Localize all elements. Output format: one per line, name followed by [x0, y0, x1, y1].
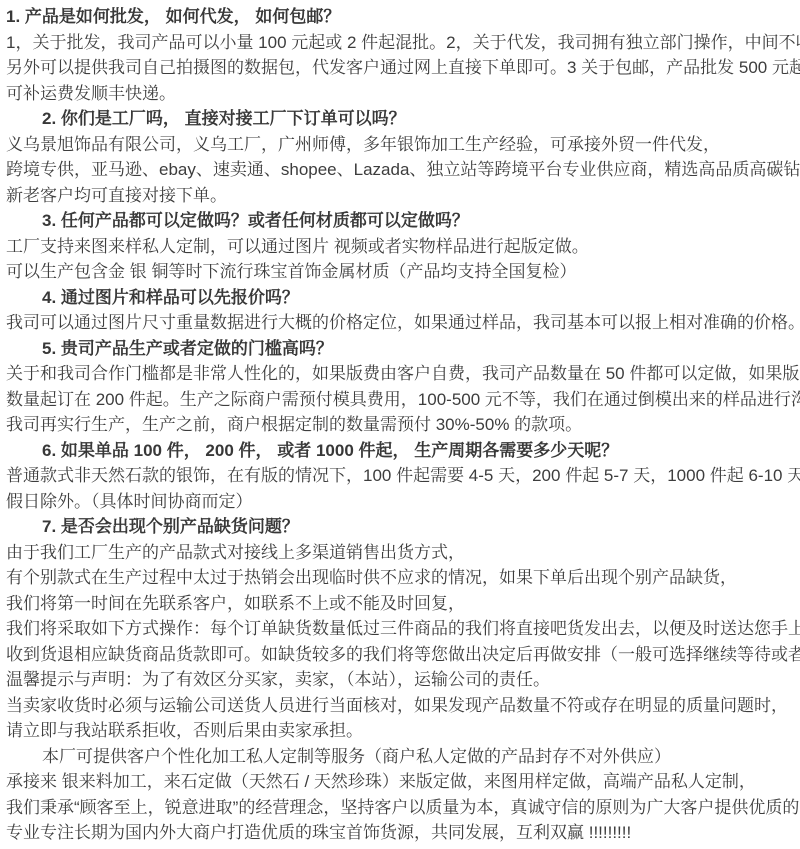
faq-answer-line: 我司再实行生产，生产之前，商户根据定制的数量需预付 30%-50% 的款项。 [6, 412, 794, 438]
closing-line: 专业专注长期为国内外大商户打造优质的珠宝首饰货源，共同发展，互利双赢 !!!!!… [6, 820, 794, 846]
closing-line: 承接来 银来料加工，来石定做（天然石 / 天然珍珠）来版定做，来图用样定做，高端… [6, 769, 794, 795]
faq-answer-line: 工厂支持来图来样私人定制，可以通过图片 视频或者实物样品进行起版定做。 [6, 234, 794, 260]
faq-answer-line: 普通款式非天然石款的银饰，在有版的情况下，100 件起需要 4-5 天，200 … [6, 463, 794, 489]
faq-answer-line: 我们将第一时间在先联系客户，如联系不上或不能及时回复， [6, 591, 794, 617]
faq-answer-line: 义乌景旭饰品有限公司，义乌工厂，广州师傅，多年银饰加工生产经验，可承接外贸一件代… [6, 132, 794, 158]
faq-answer-line: 数量起订在 200 件起。生产之际商户需预付模具费用，100-500 元不等，我… [6, 387, 794, 413]
faq-question-6: 6. 如果单品 100 件， 200 件， 或者 1000 件起， 生产周期各需… [6, 438, 794, 464]
faq-answer-line: 我们将采取如下方式操作：每个订单缺货数量低过三件商品的我们将直接吧货发出去，以便… [6, 616, 794, 642]
faq-answer-line: 收到货退相应缺货商品货款即可。如缺货较多的我们将等您做出决定后再做安排（一般可选… [6, 642, 794, 668]
faq-document: 1. 产品是如何批发， 如何代发， 如何包邮？1，关于批发，我司产品可以小量 1… [6, 4, 794, 846]
faq-answer-line: 另外可以提供我司自己拍摄图的数据包，代发客户通过网上直接下单即可。3 关于包邮，… [6, 55, 794, 81]
faq-question-2: 2. 你们是工厂吗， 直接对接工厂下订单可以吗？ [6, 106, 794, 132]
faq-question-7: 7. 是否会出现个别产品缺货问题？ [6, 514, 794, 540]
faq-answer-line: 可以生产包含金 银 铜等时下流行珠宝首饰金属材质（产品均支持全国复检） [6, 259, 794, 285]
faq-answer-line: 有个别款式在生产过程中太过于热销会出现临时供不应求的情况，如果下单后出现个别产品… [6, 565, 794, 591]
faq-answer-line: 假日除外。（具体时间协商而定） [6, 489, 794, 515]
faq-answer-line: 我司可以通过图片尺寸重量数据进行大概的价格定位，如果通过样品，我司基本可以报上相… [6, 310, 794, 336]
faq-answer-line: 1，关于批发，我司产品可以小量 100 元起或 2 件起混批。2，关于代发，我司… [6, 30, 794, 56]
faq-question-4: 4. 通过图片和样品可以先报价吗？ [6, 285, 794, 311]
faq-answer-line: 可补运费发顺丰快递。 [6, 81, 794, 107]
faq-answer-line: 温馨提示与声明：为了有效区分买家，卖家，（本站），运输公司的责任。 [6, 667, 794, 693]
faq-answer-line: 跨境专供，亚马逊、ebay、速卖通、shopee、Lazada、独立站等跨境平台… [6, 157, 794, 183]
closing-line: 我们秉承“顾客至上，锐意进取”的经营理念，坚持客户以质量为本，真诚守信的原则为广… [6, 795, 794, 821]
faq-answer-line: 由于我们工厂生产的产品款式对接线上多渠道销售出货方式， [6, 540, 794, 566]
faq-answer-line: 请立即与我站联系拒收，否则后果由卖家承担。 [6, 718, 794, 744]
faq-answer-line: 关于和我司合作门槛都是非常人性化的，如果版费由客户自费，我司产品数量在 50 件… [6, 361, 794, 387]
closing-line: 本厂可提供客户个性化加工私人定制等服务（商户私人定做的产品封存不对外供应） [6, 744, 794, 770]
faq-answer-line: 新老客户均可直接对接下单。 [6, 183, 794, 209]
faq-question-3: 3. 任何产品都可以定做吗？或者任何材质都可以定做吗？ [6, 208, 794, 234]
faq-question-1: 1. 产品是如何批发， 如何代发， 如何包邮？ [6, 4, 794, 30]
faq-question-5: 5. 贵司产品生产或者定做的门槛高吗？ [6, 336, 794, 362]
faq-answer-line: 当卖家收货时必须与运输公司送货人员进行当面核对，如果发现产品数量不符或存在明显的… [6, 693, 794, 719]
